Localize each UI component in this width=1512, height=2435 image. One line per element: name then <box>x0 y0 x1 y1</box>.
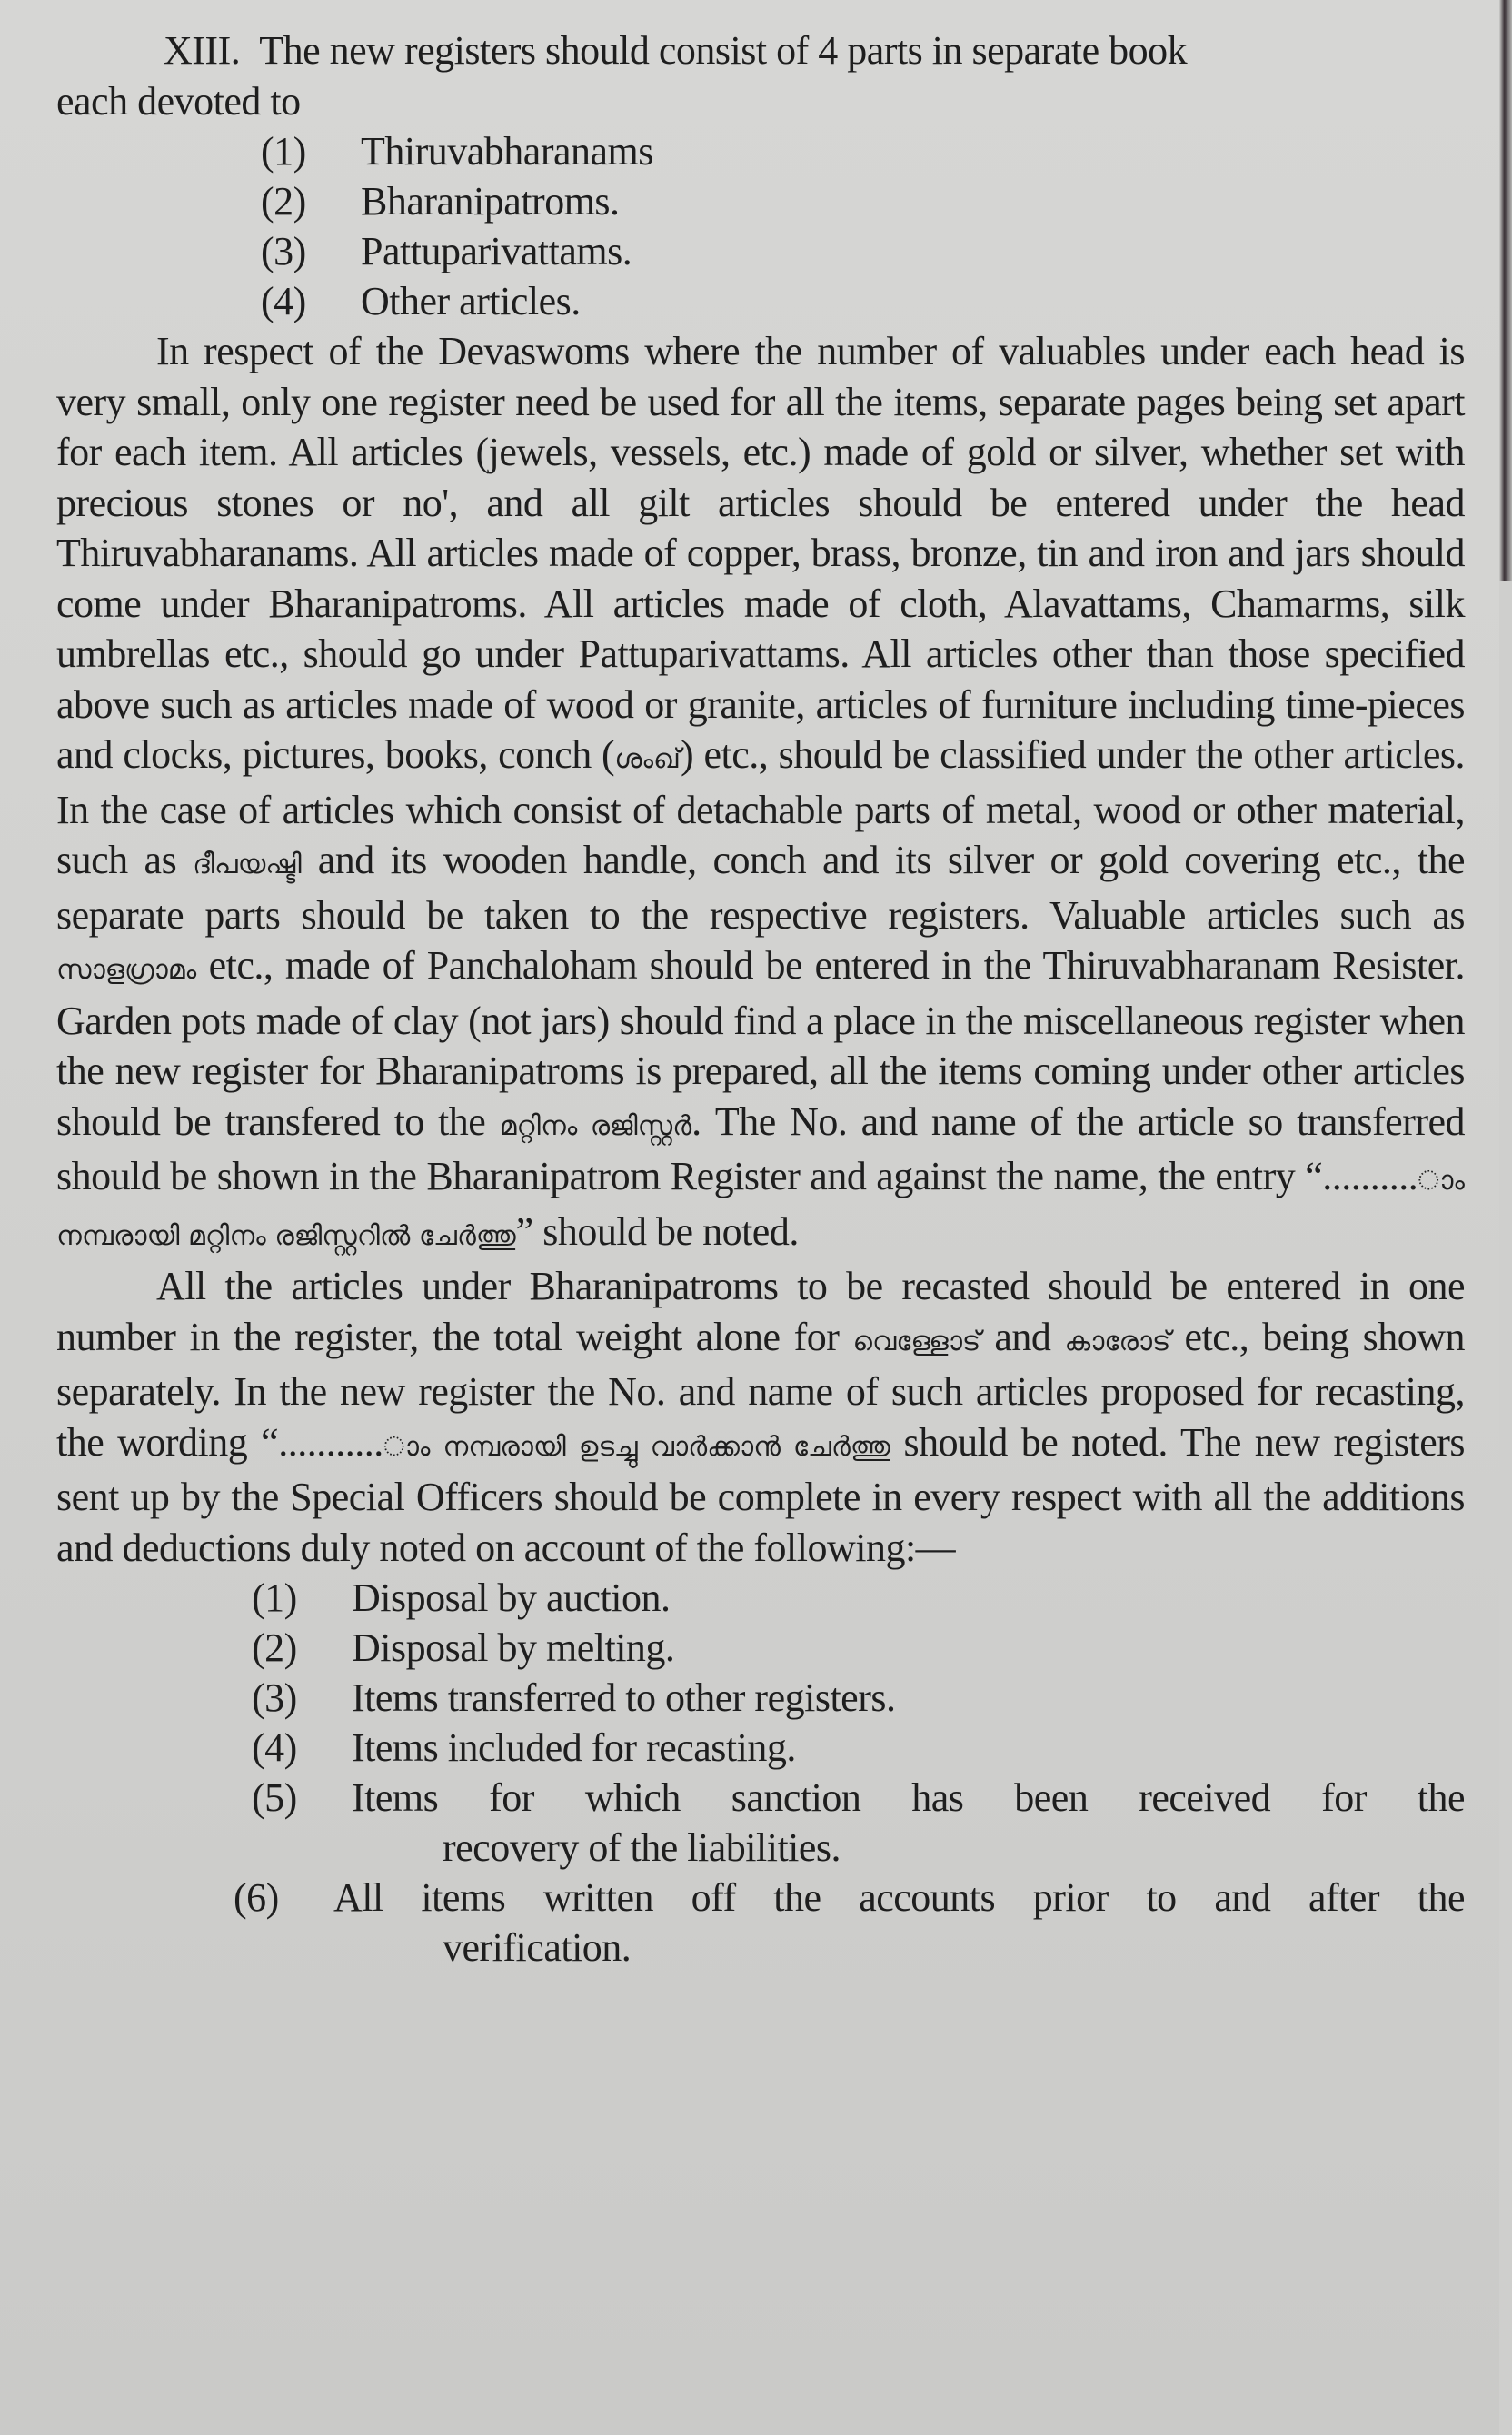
list-item-number: (5) <box>252 1773 352 1823</box>
list-item-number: (3) <box>252 1673 352 1723</box>
list-item-label: Thiruvabharanams <box>361 126 653 176</box>
list-item-number: (2) <box>252 1623 352 1673</box>
section-intro-line1: The new registers should consist of 4 pa… <box>259 28 1187 73</box>
section-heading: XIII. The new registers should consist o… <box>56 25 1465 76</box>
list-item: (4)Items included for recasting. <box>252 1723 1465 1773</box>
list-item-number: (6) <box>234 1873 333 1923</box>
paragraph-text: and <box>994 1315 1050 1359</box>
malayalam-term: വെള്ളോട് <box>853 1326 981 1357</box>
page-edge <box>1499 0 1512 581</box>
list-item-number: (1) <box>252 1573 352 1623</box>
list-item: (4)Other articles. <box>261 276 1465 326</box>
list-item-number: (2) <box>261 176 361 226</box>
paragraph-classification: In respect of the Devaswoms where the nu… <box>56 326 1465 1261</box>
malayalam-term: സാളഗ്രാമം <box>56 954 196 986</box>
malayalam-term: ശംഖ് <box>614 743 681 775</box>
list-item-label: Pattuparivattams. <box>361 226 632 276</box>
following-list: (1)Disposal by auction. (2)Disposal by m… <box>252 1573 1465 1973</box>
list-item-label: Other articles. <box>361 276 581 326</box>
list-item: (1)Thiruvabharanams <box>261 126 1465 176</box>
list-item: (3)Items transferred to other registers. <box>252 1673 1465 1723</box>
list-item-label: Items transferred to other registers. <box>352 1673 896 1723</box>
paragraph-text: In respect of the Devaswoms where the nu… <box>56 329 1465 777</box>
list-item-label: Disposal by melting. <box>352 1623 674 1673</box>
malayalam-term: ദീപയഷ്ടി <box>193 849 302 880</box>
list-item-number: (4) <box>252 1723 352 1773</box>
register-parts-list: (1)Thiruvabharanams (2)Bharanipatroms. (… <box>261 126 1465 326</box>
list-item-label: Bharanipatroms. <box>361 176 620 226</box>
list-item-label: Items included for recasting. <box>352 1723 796 1773</box>
paragraph-text: ” should be noted. <box>516 1209 799 1254</box>
list-item-continuation: verification. <box>234 1923 1465 1973</box>
list-item-number: (3) <box>261 226 361 276</box>
malayalam-term: മറ്റിനം രജിസ്റ്റർ <box>500 1110 692 1142</box>
list-item: (5)Items for which sanction has been rec… <box>252 1773 1465 1873</box>
list-item: (2)Disposal by melting. <box>252 1623 1465 1673</box>
list-item: (6)All items written off the accounts pr… <box>234 1873 1465 1973</box>
list-item-continuation: recovery of the liabilities. <box>252 1823 1465 1873</box>
document-body: XIII. The new registers should consist o… <box>56 25 1465 1973</box>
list-item: (2)Bharanipatroms. <box>261 176 1465 226</box>
list-item-number: (1) <box>261 126 361 176</box>
section-number: XIII. <box>164 28 240 73</box>
paragraph-recasting: All the articles under Bharanipatroms to… <box>56 1261 1465 1573</box>
list-item-label: All items written off the accounts prior… <box>333 1873 1465 1923</box>
malayalam-term: കാരോട് <box>1064 1326 1170 1357</box>
list-item-label: Disposal by auction. <box>352 1573 671 1623</box>
list-item-label: Items for which sanction has been receiv… <box>352 1773 1465 1823</box>
list-item-number: (4) <box>261 276 361 326</box>
list-item: (3)Pattuparivattams. <box>261 226 1465 276</box>
list-item: (1)Disposal by auction. <box>252 1573 1465 1623</box>
section-intro-line2: each devoted to <box>56 76 1465 127</box>
malayalam-term: ാം നമ്പരായി ഉടച്ചു വാർക്കാൻ ചേർത്തു <box>383 1431 890 1463</box>
